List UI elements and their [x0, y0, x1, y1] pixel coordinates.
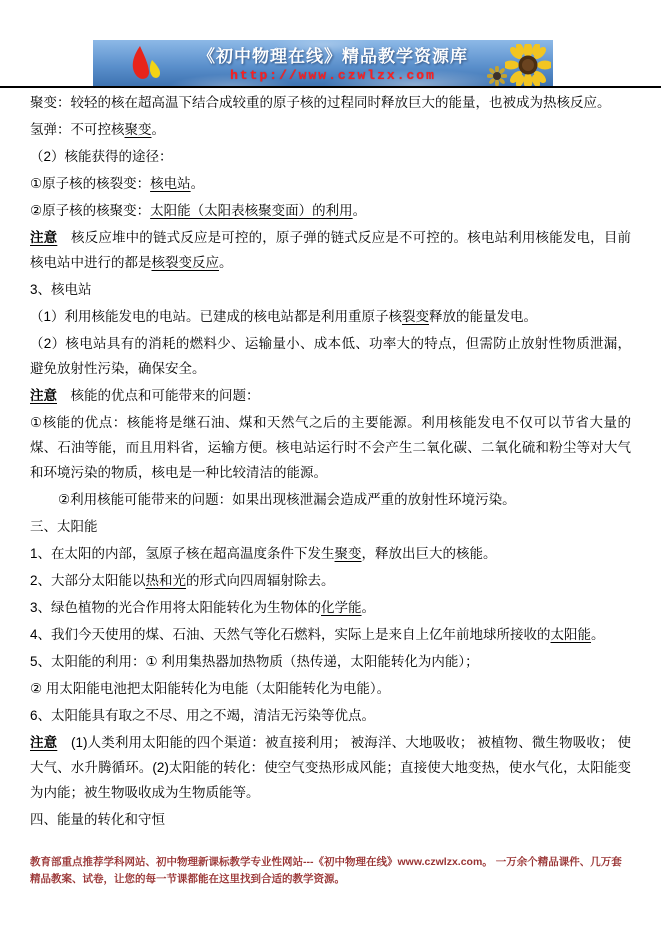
- text-segment: 聚变: [335, 546, 362, 561]
- text-segment: ①核能的优点：核能将是继石油、煤和天然气之后的主要能源。利用核能发电不仅可以节省…: [30, 415, 631, 480]
- text-segment: 4、我们今天使用的煤、石油、天然气等化石燃料，实际上是来自上亿年前地球所接收的: [30, 627, 551, 642]
- paragraph: 5、太阳能的利用：① 利用集热器加热物质（热传递，太阳能转化为内能）；: [30, 649, 631, 674]
- site-logo-icon: [125, 43, 167, 85]
- paragraph: ②利用核能可能带来的问题：如果出现核泄漏会造成严重的放射性环境污染。: [30, 487, 631, 512]
- text-segment: 。: [191, 176, 205, 191]
- paragraph: 1、在太阳的内部，氢原子核在超高温度条件下发生聚变，释放出巨大的核能。: [30, 541, 631, 566]
- text-segment: ，释放出巨大的核能。: [362, 546, 497, 561]
- text-segment: 三、太阳能: [30, 519, 98, 534]
- paragraph: 3、绿色植物的光合作用将太阳能转化为生物体的化学能。: [30, 595, 631, 620]
- text-segment: 注意: [30, 230, 57, 245]
- paragraph: 6、太阳能具有取之不尽、用之不竭，清洁无污染等优点。: [30, 703, 631, 728]
- paragraph: ①原子核的核裂变：核电站。: [30, 171, 631, 196]
- text-segment: ①原子核的核裂变：: [30, 176, 150, 191]
- paragraph: 氢弹：不可控核聚变。: [30, 117, 631, 142]
- text-segment: 。: [362, 600, 376, 615]
- text-segment: 四、能量的转化和守恒: [30, 812, 165, 827]
- text-segment: 太阳能（太阳表核聚变面）的利用: [150, 203, 353, 218]
- paragraph: 注意 (1)人类利用太阳能的四个渠道：被直接利用； 被海洋、大地吸收； 被植物、…: [30, 730, 631, 805]
- text-segment: 注意: [30, 735, 57, 750]
- paragraph: 注意 核反应堆中的链式反应是可控的，原子弹的链式反应是不可控的。核电站利用核能发…: [30, 225, 631, 275]
- text-segment: 1、在太阳的内部，氢原子核在超高温度条件下发生: [30, 546, 335, 561]
- paragraph: 聚变：较轻的核在超高温下结合成较重的原子核的过程同时释放巨大的能量，也被成为热核…: [30, 90, 631, 115]
- text-segment: 核裂变反应: [152, 255, 220, 270]
- paragraph: 4、我们今天使用的煤、石油、天然气等化石燃料，实际上是来自上亿年前地球所接收的太…: [30, 622, 631, 647]
- paragraph: （2）核电站具有的消耗的燃料少、运输量小、成本低、功率大的特点，但需防止放射性物…: [30, 331, 631, 381]
- text-segment: （2）核能获得的途径：: [30, 149, 173, 164]
- text-segment: 注意: [30, 388, 57, 403]
- text-segment: 核能的优点和可能带来的问题：: [57, 388, 260, 403]
- sunflower-icon: [505, 44, 551, 87]
- text-segment: 化学能: [321, 600, 362, 615]
- sunflower-small-icon: [487, 66, 507, 86]
- paragraph: ①核能的优点：核能将是继石油、煤和天然气之后的主要能源。利用核能发电不仅可以节省…: [30, 410, 631, 485]
- text-segment: 3、核电站: [30, 282, 92, 297]
- text-segment: 聚变：较轻的核在超高温下结合成较重的原子核的过程同时释放巨大的能量，也被成为热核…: [30, 95, 611, 110]
- text-segment: 热和光: [146, 573, 187, 588]
- text-segment: 释放的能量发电。: [429, 309, 537, 324]
- text-segment: 。: [219, 255, 233, 270]
- document-body: 聚变：较轻的核在超高温下结合成较重的原子核的过程同时释放巨大的能量，也被成为热核…: [30, 90, 631, 834]
- text-segment: 裂变: [402, 309, 429, 324]
- paragraph: ②原子核的核聚变：太阳能（太阳表核聚变面）的利用。: [30, 198, 631, 223]
- site-url-link[interactable]: http://www.czwlzx.com: [188, 68, 478, 83]
- paragraph: 2、大部分太阳能以热和光的形式向四周辐射除去。: [30, 568, 631, 593]
- text-segment: 聚变: [125, 122, 152, 137]
- header-divider: [0, 86, 661, 88]
- text-segment: 太阳能: [551, 627, 592, 642]
- text-segment: 6、太阳能具有取之不尽、用之不竭，清洁无污染等优点。: [30, 708, 375, 723]
- text-segment: 5、太阳能的利用：① 利用集热器加热物质（热传递，太阳能转化为内能）；: [30, 654, 479, 669]
- paragraph: 注意 核能的优点和可能带来的问题：: [30, 383, 631, 408]
- paragraph: （2）核能获得的途径：: [30, 144, 631, 169]
- text-segment: 氢弹：不可控核: [30, 122, 125, 137]
- text-segment: 核电站: [150, 176, 191, 191]
- header-banner: 《初中物理在线》精品教学资源库 http://www.czwlzx.com: [93, 40, 553, 87]
- footer-note: 教育部重点推荐学科网站、初中物理新课标教学专业性网站---《初中物理在线》www…: [30, 854, 631, 888]
- text-segment: （1）利用核能发电的电站。已建成的核电站都是利用重原子核: [30, 309, 402, 324]
- text-segment: 。: [591, 627, 605, 642]
- text-segment: ②利用核能可能带来的问题：如果出现核泄漏会造成严重的放射性环境污染。: [58, 492, 516, 507]
- text-segment: 。: [353, 203, 367, 218]
- text-segment: 3、绿色植物的光合作用将太阳能转化为生物体的: [30, 600, 321, 615]
- paragraph: 3、核电站: [30, 277, 631, 302]
- text-segment: 的形式向四周辐射除去。: [186, 573, 335, 588]
- text-segment: 核反应堆中的链式反应是可控的，原子弹的链式反应是不可控的。核电站利用核能发电，目…: [30, 230, 631, 270]
- text-segment: (1)人类利用太阳能的四个渠道：被直接利用； 被海洋、大地吸收； 被植物、微生物…: [30, 735, 631, 800]
- paragraph: （1）利用核能发电的电站。已建成的核电站都是利用重原子核裂变释放的能量发电。: [30, 304, 631, 329]
- paragraph: 四、能量的转化和守恒: [30, 807, 631, 832]
- text-segment: ② 用太阳能电池把太阳能转化为电能（太阳能转化为电能）。: [30, 681, 390, 696]
- text-segment: 2、大部分太阳能以: [30, 573, 146, 588]
- banner-text-block: 《初中物理在线》精品教学资源库 http://www.czwlzx.com: [188, 42, 478, 83]
- site-title: 《初中物理在线》精品教学资源库: [188, 42, 478, 67]
- paragraph: 三、太阳能: [30, 514, 631, 539]
- paragraph: ② 用太阳能电池把太阳能转化为电能（太阳能转化为电能）。: [30, 676, 631, 701]
- text-segment: ②原子核的核聚变：: [30, 203, 150, 218]
- text-segment: 。: [152, 122, 166, 137]
- text-segment: （2）核电站具有的消耗的燃料少、运输量小、成本低、功率大的特点，但需防止放射性物…: [30, 336, 631, 376]
